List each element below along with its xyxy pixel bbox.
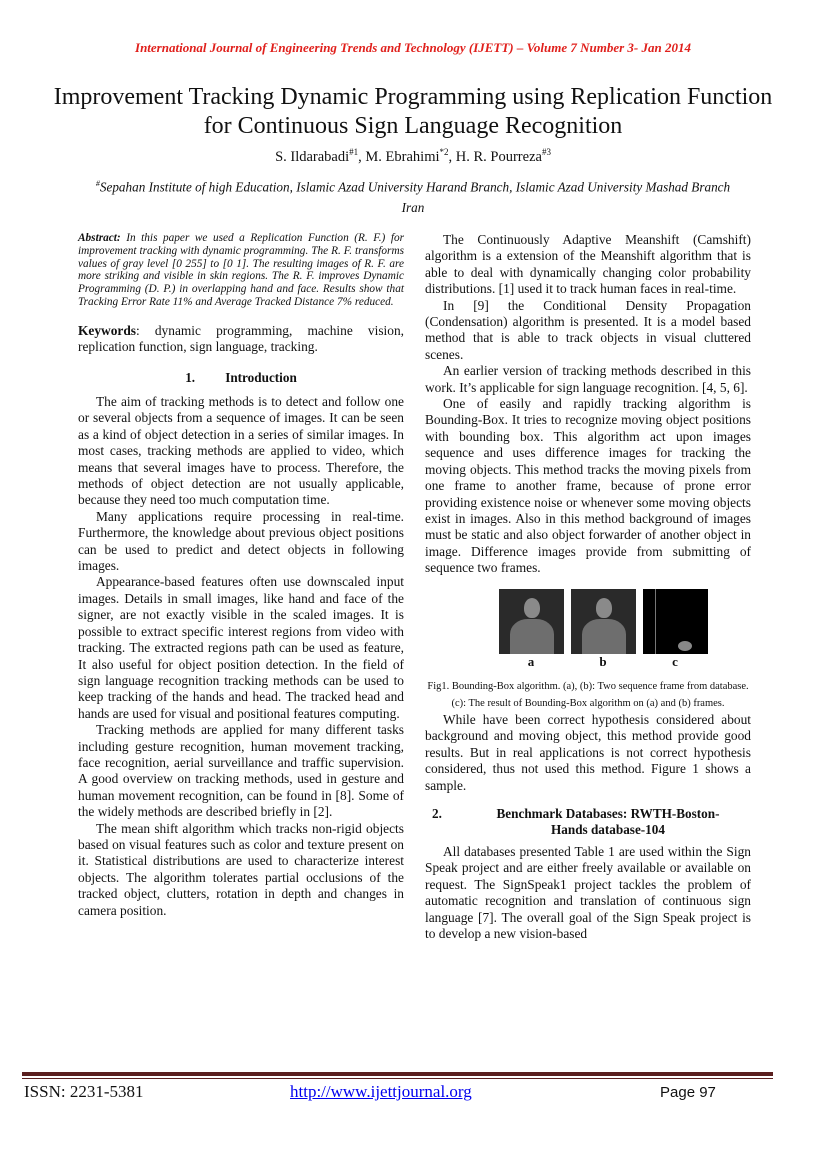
paper-title: Improvement Tracking Dynamic Programming… bbox=[40, 83, 786, 141]
section-number: 1. bbox=[185, 370, 225, 386]
journal-header: International Journal of Engineering Tre… bbox=[0, 40, 826, 56]
difference-blob bbox=[678, 641, 692, 651]
issn: ISSN: 2231-5381 bbox=[24, 1082, 143, 1102]
abstract-label: Abstract: bbox=[78, 232, 121, 244]
journal-link[interactable]: http://www.ijettjournal.org bbox=[290, 1082, 472, 1102]
figure-labels: a b c bbox=[455, 654, 751, 670]
abstract: Abstract: In this paper we used a Replic… bbox=[78, 232, 404, 309]
paragraph: In [9] the Conditional Density Propagati… bbox=[425, 298, 751, 364]
section-heading-benchmark: 2. Benchmark Databases: RWTH-Boston-Hand… bbox=[425, 806, 751, 838]
footer-rule bbox=[22, 1072, 773, 1076]
affiliation-text: Sepahan Institute of high Education, Isl… bbox=[100, 179, 730, 194]
signer-body-shape bbox=[582, 619, 626, 654]
signer-head-shape bbox=[524, 598, 540, 618]
footer-rule-thin bbox=[22, 1078, 773, 1079]
section-title: Benchmark Databases: RWTH-Boston-Hands d… bbox=[493, 806, 723, 838]
author-name: M. Ebrahimi bbox=[365, 149, 439, 165]
affiliation: #Sepahan Institute of high Education, Is… bbox=[60, 173, 766, 218]
paragraph: One of easily and rapidly tracking algor… bbox=[425, 396, 751, 576]
affiliation-country: Iran bbox=[402, 200, 425, 215]
paragraph: Tracking methods are applied for many di… bbox=[78, 722, 404, 820]
figure-1: a b c Fig1. Bounding-Box algorithm. (a),… bbox=[425, 589, 751, 712]
paragraph: While have been correct hypothesis consi… bbox=[425, 712, 751, 794]
author-list: S. Ildarabadi#1, M. Ebrahimi*2, H. R. Po… bbox=[0, 147, 826, 166]
paragraph: Appearance-based features often use down… bbox=[78, 574, 404, 722]
figure-images bbox=[455, 589, 751, 654]
author-mark: #1 bbox=[349, 147, 358, 157]
figure-image-b bbox=[571, 589, 636, 654]
paragraph: The mean shift algorithm which tracks no… bbox=[78, 821, 404, 919]
figure-label-a: a bbox=[499, 654, 564, 670]
signer-body-shape bbox=[510, 619, 554, 654]
keywords: Keywords: dynamic programming, machine v… bbox=[78, 323, 404, 356]
figure-image-c bbox=[643, 589, 708, 654]
abstract-text: In this paper we used a Replication Func… bbox=[78, 232, 404, 308]
signer-head-shape bbox=[596, 598, 612, 618]
figure-image-a bbox=[499, 589, 564, 654]
paragraph: The Continuously Adaptive Meanshift (Cam… bbox=[425, 232, 751, 298]
section-title: Introduction bbox=[225, 370, 297, 385]
paragraph: The aim of tracking methods is to detect… bbox=[78, 394, 404, 509]
footer: ISSN: 2231-5381 http://www.ijettjournal.… bbox=[0, 1082, 826, 1106]
author-mark: #3 bbox=[542, 147, 551, 157]
right-column: The Continuously Adaptive Meanshift (Cam… bbox=[425, 232, 751, 942]
difference-edge bbox=[655, 589, 656, 654]
paragraph: All databases presented Table 1 are used… bbox=[425, 844, 751, 942]
author-mark: *2 bbox=[440, 147, 449, 157]
paragraph: An earlier version of tracking methods d… bbox=[425, 363, 751, 396]
author-name: S. Ildarabadi bbox=[275, 149, 349, 165]
section-heading-introduction: 1.Introduction bbox=[78, 370, 404, 386]
keywords-label: Keywords bbox=[78, 323, 136, 338]
left-column: Abstract: In this paper we used a Replic… bbox=[78, 232, 404, 919]
figure-label-b: b bbox=[571, 654, 636, 670]
page-number: Page 97 bbox=[660, 1084, 716, 1101]
section-number: 2. bbox=[432, 806, 442, 822]
figure-label-c: c bbox=[643, 654, 708, 670]
author-name: H. R. Pourreza bbox=[456, 149, 542, 165]
paragraph: Many applications require processing in … bbox=[78, 509, 404, 575]
figure-caption: Fig1. Bounding-Box algorithm. (a), (b): … bbox=[425, 678, 751, 712]
